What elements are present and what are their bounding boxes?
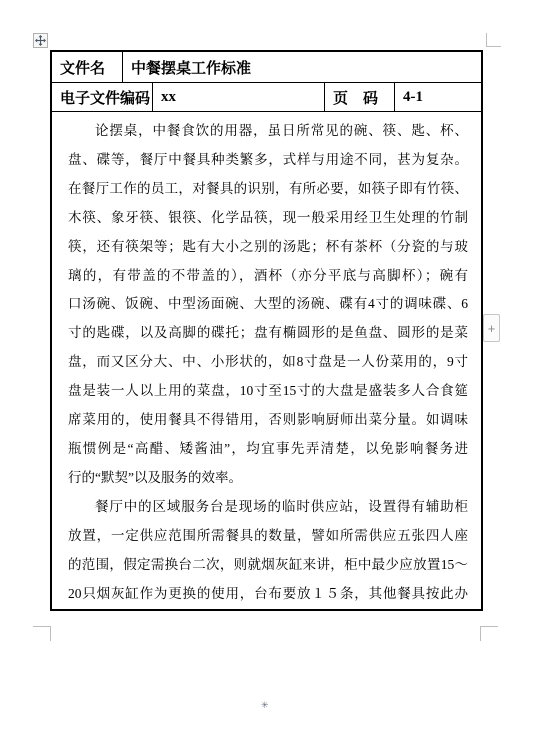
body-line[interactable]: 木筷、象牙筷、银筷、化学品筷，现一般采用经卫生处理的竹制	[68, 204, 468, 233]
file-name-label: 文件名	[60, 57, 105, 78]
table-row: 电子文件编码 xx 页 码 4-1	[52, 83, 481, 112]
crop-mark-bottom-right	[480, 626, 498, 641]
body-line[interactable]: 璃的，有带盖的不带盖的），酒杯（亦分平底与高脚杯）；碗有	[68, 262, 468, 291]
body-line[interactable]: 放置，一定供应范围所需餐具的数量，譬如所需供应五张四人座	[68, 522, 468, 551]
page-number-value: 4-1	[403, 89, 423, 106]
document-page: 文件名 中餐摆桌工作标准 电子文件编码 xx 页 码 4-1 论摆桌，中餐食饮的…	[0, 0, 536, 756]
move-arrows-icon	[35, 35, 46, 46]
doc-code-value: xx	[161, 89, 176, 106]
doc-code-label: 电子文件编码	[60, 87, 150, 108]
body-line[interactable]: 盘，而又区分大、中、小形状的，如8寸盘是一人份菜用的，9寸	[68, 348, 468, 377]
doc-code-value-cell[interactable]: xx	[153, 83, 325, 111]
body-line[interactable]: 行的“默契”以及服务的效率。	[68, 464, 468, 493]
table-move-handle[interactable]	[33, 33, 48, 48]
crop-mark-bottom-left	[33, 626, 51, 641]
body-line[interactable]: 的范围，假定需换台二次，则就烟灰缸来讲，柜中最少应放置15～	[68, 551, 468, 580]
body-line[interactable]: 筷，还有筷架等；匙有大小之别的汤匙；杯有茶杯（分瓷的与玻	[68, 233, 468, 262]
file-name-value: 中餐摆桌工作标准	[131, 57, 251, 78]
page-number-label: 页 码	[333, 87, 378, 108]
body-line[interactable]: 论摆桌，中餐食饮的用器，虽日所常见的碗、筷、匙、杯、	[68, 117, 468, 146]
page-number-value-cell[interactable]: 4-1	[395, 83, 481, 111]
table-row: 文件名 中餐摆桌工作标准	[52, 52, 481, 83]
body-line[interactable]: 在餐厅工作的员工，对餐具的识别，有所必要，如筷子即有竹筷、	[68, 175, 468, 204]
body-line[interactable]: 盘、碟等，餐厅中餐具种类繁多，式样与用途不同，甚为复杂。	[68, 146, 468, 175]
crop-mark-top-right	[486, 33, 501, 47]
body-line[interactable]: 瓶惯例是“高醋、矮酱油”，均宜事先弄清楚，以免影响餐务进	[68, 435, 468, 464]
page-number-label-cell[interactable]: 页 码	[325, 83, 395, 111]
plus-button[interactable]: +	[483, 314, 500, 342]
document-body-text[interactable]: 论摆桌，中餐食饮的用器，虽日所常见的碗、筷、匙、杯、 盘、碟等，餐厅中餐具种类繁…	[52, 112, 481, 609]
document-table: 文件名 中餐摆桌工作标准 电子文件编码 xx 页 码 4-1 论摆桌，中餐食饮的…	[50, 50, 483, 611]
body-line[interactable]: 餐厅中的区域服务台是现场的临时供应站，设置得有辅助柜	[68, 493, 468, 522]
body-line[interactable]: 20只烟灰缸作为更换的使用，台布要放１５条，其他餐具按此办	[68, 580, 468, 609]
body-line[interactable]: 席菜用的，使用餐具不得错用，否则影响厨师出菜分量。如调味	[68, 406, 468, 435]
body-line[interactable]: 口汤碗、饭碗、中型汤面碗、大型的汤碗、碟有4寸的调味碟、6	[68, 290, 468, 319]
footer-mark: ✳	[261, 700, 269, 711]
file-name-value-cell[interactable]: 中餐摆桌工作标准	[123, 52, 481, 82]
body-line[interactable]: 寸的匙碟，以及高脚的碟托；盘有椭圆形的是鱼盘、圆形的是菜	[68, 319, 468, 348]
body-line[interactable]: 盘是装一人以上用的菜盘，10寸至15寸的大盘是盛装多人合食筵	[68, 377, 468, 406]
doc-code-label-cell[interactable]: 电子文件编码	[52, 83, 153, 111]
file-name-label-cell[interactable]: 文件名	[52, 52, 123, 82]
